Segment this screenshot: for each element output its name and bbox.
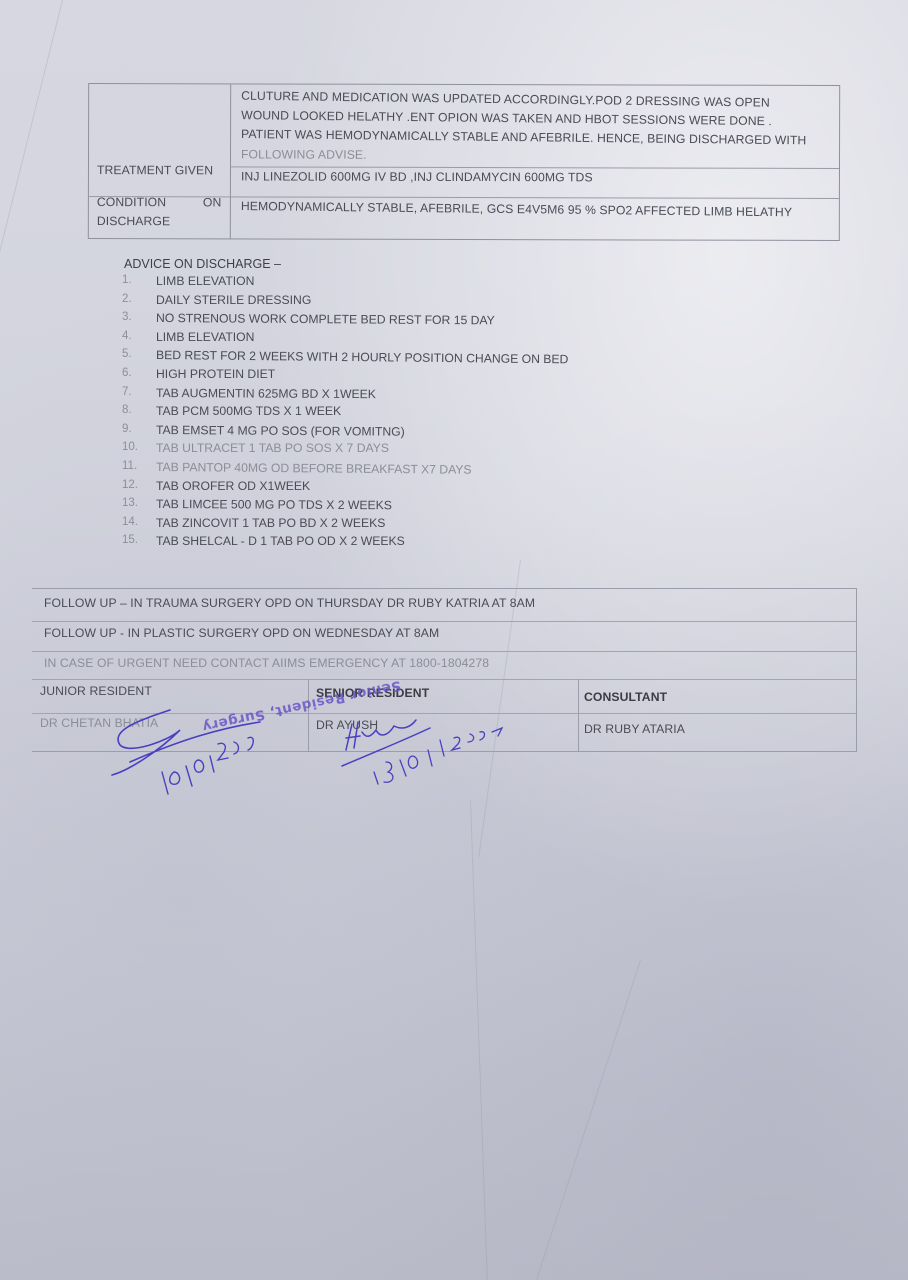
- table-divider: [32, 679, 856, 680]
- advice-item-number: 8.: [122, 404, 146, 416]
- advice-item-text: TAB ZINCOVIT 1 TAB PO BD X 2 WEEKS: [156, 516, 385, 530]
- table-divider: [89, 196, 839, 199]
- advice-item-text: LIMB ELEVATION: [156, 274, 254, 288]
- advice-item-number: 1.: [122, 274, 146, 286]
- follow-up-plastic: FOLLOW UP - IN PLASTIC SURGERY OPD ON WE…: [44, 627, 439, 639]
- advice-item-number: 9.: [122, 423, 146, 435]
- advice-item-text: HIGH PROTEIN DIET: [156, 367, 275, 381]
- advice-title: ADVICE ON DISCHARGE –: [124, 257, 281, 271]
- clinical-course-line: CLUTURE AND MEDICATION WAS UPDATED ACCOR…: [241, 90, 770, 109]
- advice-item-number: 4.: [122, 330, 146, 342]
- emergency-contact: IN CASE OF URGENT NEED CONTACT AIIMS EME…: [44, 657, 489, 669]
- paper-crease: [535, 960, 641, 1280]
- table-divider: [230, 166, 839, 169]
- advice-item-text: TAB ULTRACET 1 TAB PO SOS X 7 DAYS: [156, 441, 389, 455]
- advice-item-text: TAB PCM 500MG TDS X 1 WEEK: [156, 404, 341, 418]
- condition-label-line2: DISCHARGE: [97, 215, 170, 227]
- junior-resident-signature: [100, 700, 320, 800]
- consultant-label: CONSULTANT: [584, 691, 667, 703]
- advice-item-text: TAB LIMCEE 500 MG PO TDS X 2 WEEKS: [156, 497, 392, 512]
- follow-up-trauma: FOLLOW UP – IN TRAUMA SURGERY OPD ON THU…: [44, 597, 535, 609]
- advice-item-number: 2.: [122, 293, 146, 305]
- advice-item-number: 7.: [122, 386, 146, 398]
- clinical-course-line: PATIENT WAS HEMODYNAMICALLY STABLE AND A…: [241, 128, 806, 147]
- consultant-name: DR RUBY ATARIA: [584, 723, 685, 735]
- advice-item-number: 13.: [122, 497, 146, 509]
- advice-item-text: TAB SHELCAL - D 1 TAB PO OD X 2 WEEKS: [156, 534, 405, 548]
- advice-item-number: 14.: [122, 516, 146, 528]
- advice-item-number: 6.: [122, 367, 146, 379]
- paper-crease: [0, 0, 63, 408]
- advice-item-text: LIMB ELEVATION: [156, 330, 254, 344]
- advice-item-number: 12.: [122, 479, 146, 491]
- condition-label-line1: CONDITION: [97, 196, 166, 208]
- advice-item-number: 11.: [122, 460, 146, 472]
- advice-item-number: 10.: [122, 441, 146, 453]
- clinical-course-line: WOUND LOOKED HELATHY .ENT OPION WAS TAKE…: [241, 109, 772, 127]
- condition-label-on: ON: [203, 196, 222, 208]
- table-divider: [578, 679, 579, 751]
- advice-item-number: 5.: [122, 348, 146, 360]
- senior-resident-signature: [330, 710, 530, 800]
- clinical-summary-table: CLUTURE AND MEDICATION WAS UPDATED ACCOR…: [88, 83, 840, 241]
- advice-item-text: BED REST FOR 2 WEEKS WITH 2 HOURLY POSIT…: [156, 348, 569, 366]
- clinical-course-line: FOLLOWING ADVISE.: [241, 148, 367, 161]
- junior-resident-label: JUNIOR RESIDENT: [40, 685, 152, 697]
- advice-item-number: 3.: [122, 311, 146, 323]
- advice-item-text: DAILY STERILE DRESSING: [156, 293, 311, 307]
- advice-item-number: 15.: [122, 534, 146, 546]
- treatment-given-label: TREATMENT GIVEN: [97, 164, 213, 177]
- table-divider: [32, 651, 856, 652]
- table-divider: [32, 621, 856, 622]
- treatment-given-value: INJ LINEZOLID 600MG IV BD ,INJ CLINDAMYC…: [241, 170, 593, 183]
- advice-item-text: TAB OROFER OD X1WEEK: [156, 479, 310, 493]
- advice-item-text: TAB PANTOP 40MG OD BEFORE BREAKFAST X7 D…: [156, 460, 472, 477]
- table-divider: [230, 84, 231, 238]
- paper-crease: [470, 800, 488, 1280]
- advice-item-text: TAB AUGMENTIN 625MG BD X 1WEEK: [156, 386, 376, 401]
- discharge-summary-page: CLUTURE AND MEDICATION WAS UPDATED ACCOR…: [0, 0, 908, 1280]
- advice-item-text: NO STRENOUS WORK COMPLETE BED REST FOR 1…: [156, 311, 495, 327]
- advice-item-text: TAB EMSET 4 MG PO SOS (FOR VOMITNG): [156, 423, 405, 439]
- condition-value: HEMODYNAMICALLY STABLE, AFEBRILE, GCS E4…: [241, 200, 792, 218]
